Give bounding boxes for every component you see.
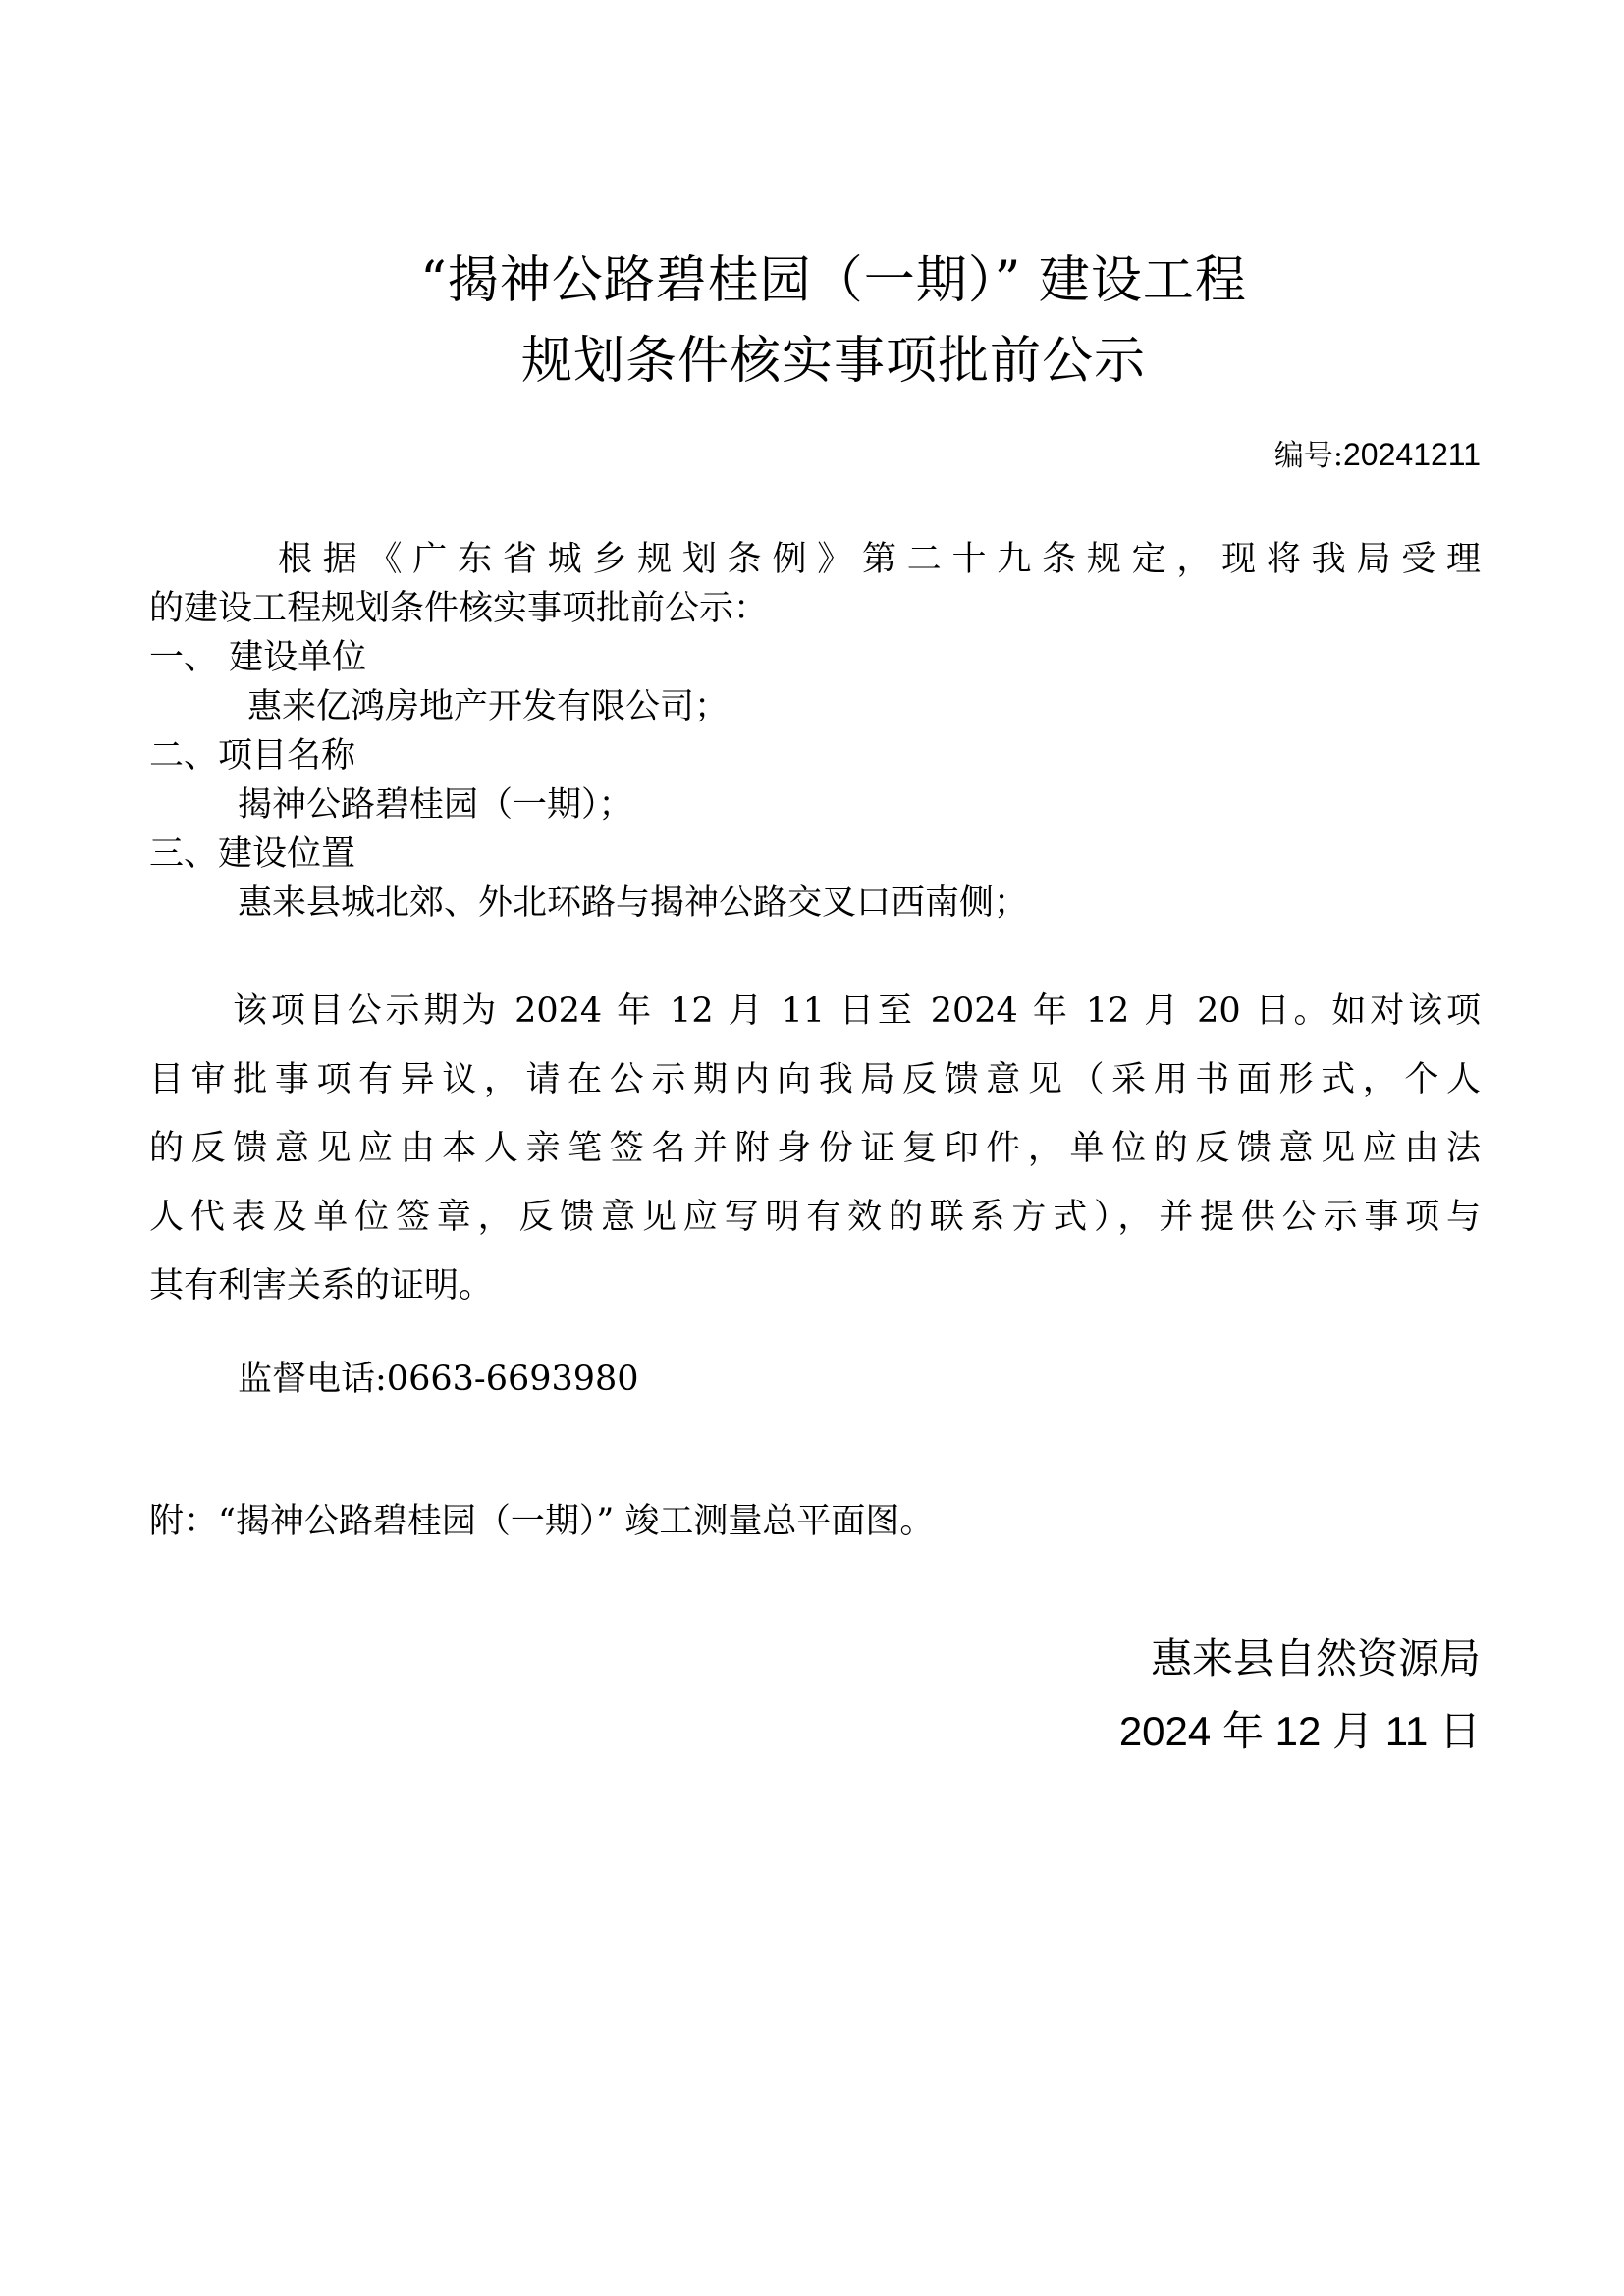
document-title-line-1: “揭神公路碧桂园（一期）” 建设工程 — [22, 251, 1624, 310]
date-year-unit: 年 — [1222, 1707, 1264, 1755]
date-month-unit: 月 — [1332, 1707, 1374, 1755]
date-day-unit: 日 — [1439, 1707, 1481, 1755]
notice-line-3: 的反馈意见应由本人亲笔签名并附身份证复印件，单位的反馈意见应由法 — [149, 1127, 1481, 1170]
document-page: “揭神公路碧桂园（一期）” 建设工程 规划条件核实事项批前公示 编号:20241… — [0, 0, 1624, 2296]
intro-line-2: 的建设工程规划条件核实事项批前公示： — [149, 587, 768, 630]
section-3-content: 惠来县城北郊、外北环路与揭神公路交叉口西南侧； — [238, 881, 1028, 925]
date-month: 12 — [1275, 1708, 1322, 1754]
supervision-hotline: 监督电话:0663-6693980 — [238, 1358, 639, 1401]
signature-date: 2024 年 12 月 11 日 — [1119, 1706, 1481, 1757]
signature-organization: 惠来县自然资源局 — [1151, 1633, 1481, 1684]
section-2-heading: 二、项目名称 — [149, 734, 355, 777]
notice-line-4: 人代表及单位签章，反馈意见应写明有效的联系方式），并提供公示事项与 — [149, 1196, 1481, 1239]
notice-line-2: 目审批事项有异议，请在公示期内向我局反馈意见（采用书面形式，个人 — [149, 1058, 1481, 1101]
document-number-label: 编号: — [1274, 439, 1343, 473]
hotline-label: 监督电话: — [238, 1360, 387, 1399]
hotline-number: 0663-6693980 — [387, 1360, 639, 1399]
section-2-content: 揭神公路碧桂园（一期）； — [238, 783, 633, 827]
attachment-note: 附：“揭神公路碧桂园（一期）” 竣工测量总平面图。 — [149, 1500, 934, 1543]
document-number: 编号:20241211 — [1274, 435, 1481, 476]
date-day: 11 — [1385, 1708, 1429, 1754]
section-3-heading: 三、建设位置 — [149, 832, 355, 876]
section-1-heading: 一、 建设单位 — [149, 636, 366, 679]
notice-line-1: 该项目公示期为 2024 年 12 月 11 日至 2024 年 12 月 20… — [233, 989, 1481, 1033]
document-number-value: 20241211 — [1343, 437, 1481, 472]
section-1-content: 惠来亿鸿房地产开发有限公司； — [247, 685, 729, 728]
date-year: 2024 — [1119, 1708, 1211, 1754]
intro-line-1: 根据《广东省城乡规划条例》第二十九条规定，现将我局受理 — [278, 538, 1481, 581]
document-title-line-2: 规划条件核实事项批前公示 — [22, 332, 1624, 391]
notice-line-5: 其有利害关系的证明。 — [149, 1264, 493, 1308]
